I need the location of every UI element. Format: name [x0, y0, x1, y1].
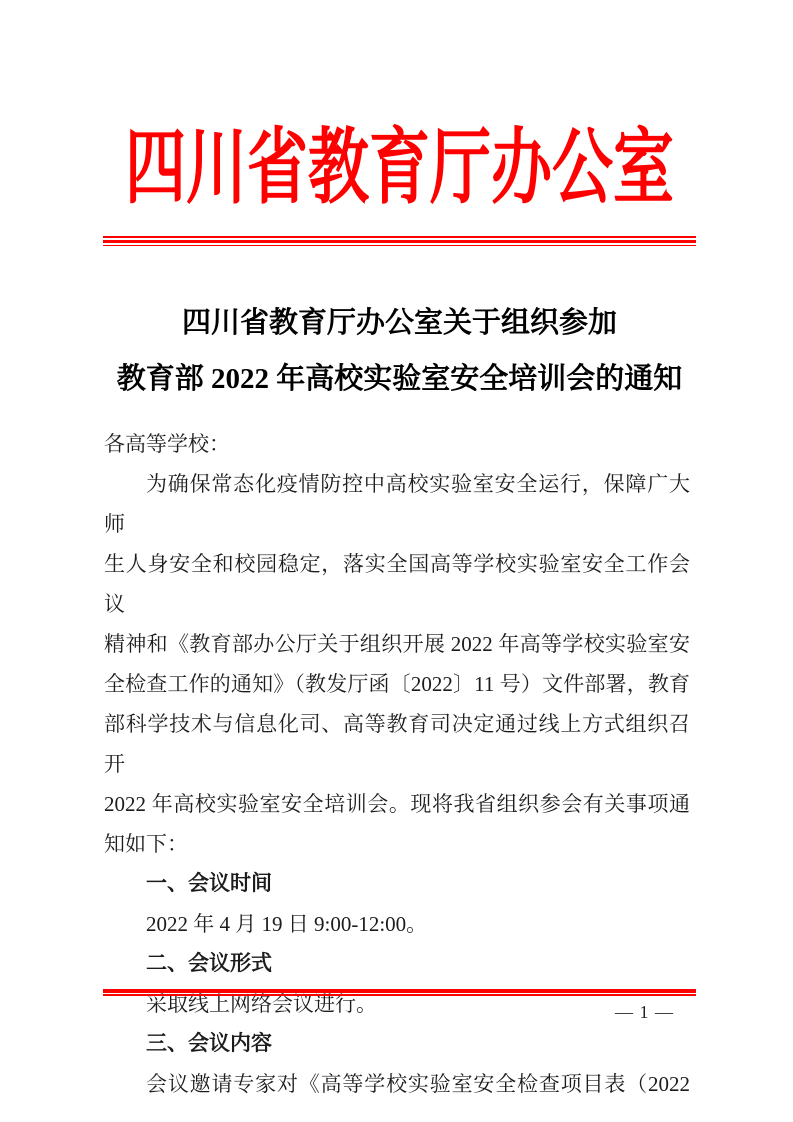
- letterhead-org-name: 四川省教育厅办公室: [103, 128, 696, 210]
- section-heading-1: 一、会议时间: [104, 864, 690, 904]
- footer-divider: [103, 989, 696, 996]
- page-number: — 1 —: [615, 1002, 674, 1023]
- paragraph-line: 2022 年高校实验室安全培训会。现将我省组织参会有关事项通: [104, 784, 690, 824]
- salutation: 各高等学校：: [104, 424, 690, 464]
- paragraph-line: 生人身安全和校园稳定，落实全国高等学校实验室安全工作会议: [104, 544, 690, 624]
- paragraph-line: 为确保常态化疫情防控中高校实验室安全运行，保障广大师: [104, 464, 690, 544]
- paragraph-line: 全检查工作的通知》（教发厅函〔2022〕11 号）文件部署，教育: [104, 664, 690, 704]
- paragraph-line: 精神和《教育部办公厅关于组织开展 2022 年高等学校实验室安: [104, 624, 690, 664]
- paragraph-line: 知如下：: [104, 824, 690, 864]
- document-title: 四川省教育厅办公室关于组织参加 教育部 2022 年高校实验室安全培训会的通知: [103, 295, 696, 407]
- meeting-time-line: 2022 年 4 月 19 日 9:00-12:00。: [104, 904, 690, 944]
- paragraph-line: 会议邀请专家对《高等学校实验室安全检查项目表（2022: [104, 1064, 690, 1104]
- letterhead-divider: [103, 236, 696, 246]
- document-body: 各高等学校： 为确保常态化疫情防控中高校实验室安全运行，保障广大师 生人身安全和…: [104, 424, 690, 1104]
- section-heading-3: 三、会议内容: [104, 1024, 690, 1064]
- paragraph-line: 部科学技术与信息化司、高等教育司决定通过线上方式组织召开: [104, 704, 690, 784]
- document-title-line2: 教育部 2022 年高校实验室安全培训会的通知: [103, 351, 696, 407]
- document-title-line1: 四川省教育厅办公室关于组织参加: [103, 295, 696, 351]
- document-page: 四川省教育厅办公室 四川省教育厅办公室关于组织参加 教育部 2022 年高校实验…: [0, 0, 793, 1122]
- section-heading-2: 二、会议形式: [104, 944, 690, 984]
